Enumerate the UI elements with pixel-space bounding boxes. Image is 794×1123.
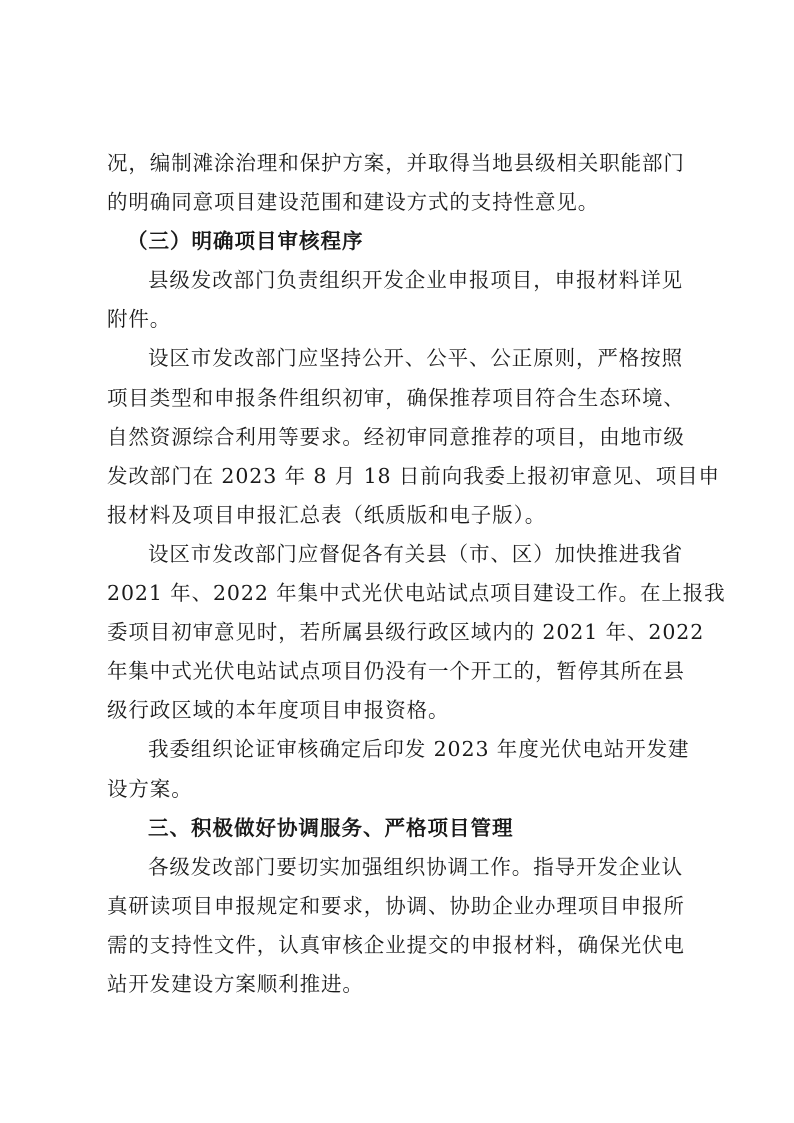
paragraph-line: 委项目初审意见时，若所属县级行政区域内的 2021 年、2022 — [107, 613, 681, 652]
paragraph-line: 2021 年、2022 年集中式光伏电站试点项目建设工作。在上报我 — [107, 574, 681, 613]
paragraph-line: 各级发改部门要切实加强组织协调工作。指导开发企业认 — [107, 848, 681, 887]
paragraph-line: 况，编制滩涂治理和保护方案，并取得当地县级相关职能部门 — [107, 144, 681, 183]
paragraph-line: 县级发改部门负责组织开发企业申报项目，申报材料详见 — [107, 261, 681, 300]
paragraph-line: 级行政区域的本年度项目申报资格。 — [107, 691, 681, 730]
section-heading: 三、积极做好协调服务、严格项目管理 — [107, 809, 681, 848]
paragraph-line: 年集中式光伏电站试点项目仍没有一个开工的，暂停其所在县 — [107, 652, 681, 691]
paragraph-line: 发改部门在 2023 年 8 月 18 日前向我委上报初审意见、项目申 — [107, 457, 681, 496]
document-page: 况，编制滩涂治理和保护方案，并取得当地县级相关职能部门 的明确同意项目建设范围和… — [107, 144, 681, 1004]
paragraph-line: 项目类型和申报条件组织初审，确保推荐项目符合生态环境、 — [107, 379, 681, 418]
paragraph-line: 设区市发改部门应督促各有关县（市、区）加快推进我省 — [107, 535, 681, 574]
paragraph-line: 我委组织论证审核确定后印发 2023 年度光伏电站开发建 — [107, 730, 681, 769]
paragraph-line: 设区市发改部门应坚持公开、公平、公正原则，严格按照 — [107, 339, 681, 378]
paragraph-line: 真研读项目申报规定和要求，协调、协助企业办理项目申报所 — [107, 887, 681, 926]
paragraph-line: 报材料及项目申报汇总表（纸质版和电子版）。 — [107, 496, 681, 535]
paragraph-line: 设方案。 — [107, 770, 681, 809]
paragraph-line: 附件。 — [107, 300, 681, 339]
section-subheading: （三）明确项目审核程序 — [107, 222, 681, 261]
paragraph-line: 的明确同意项目建设范围和建设方式的支持性意见。 — [107, 183, 681, 222]
paragraph-line: 需的支持性文件，认真审核企业提交的申报材料，确保光伏电 — [107, 926, 681, 965]
paragraph-line: 站开发建设方案顺利推进。 — [107, 965, 681, 1004]
paragraph-line: 自然资源综合利用等要求。经初审同意推荐的项目，由地市级 — [107, 418, 681, 457]
